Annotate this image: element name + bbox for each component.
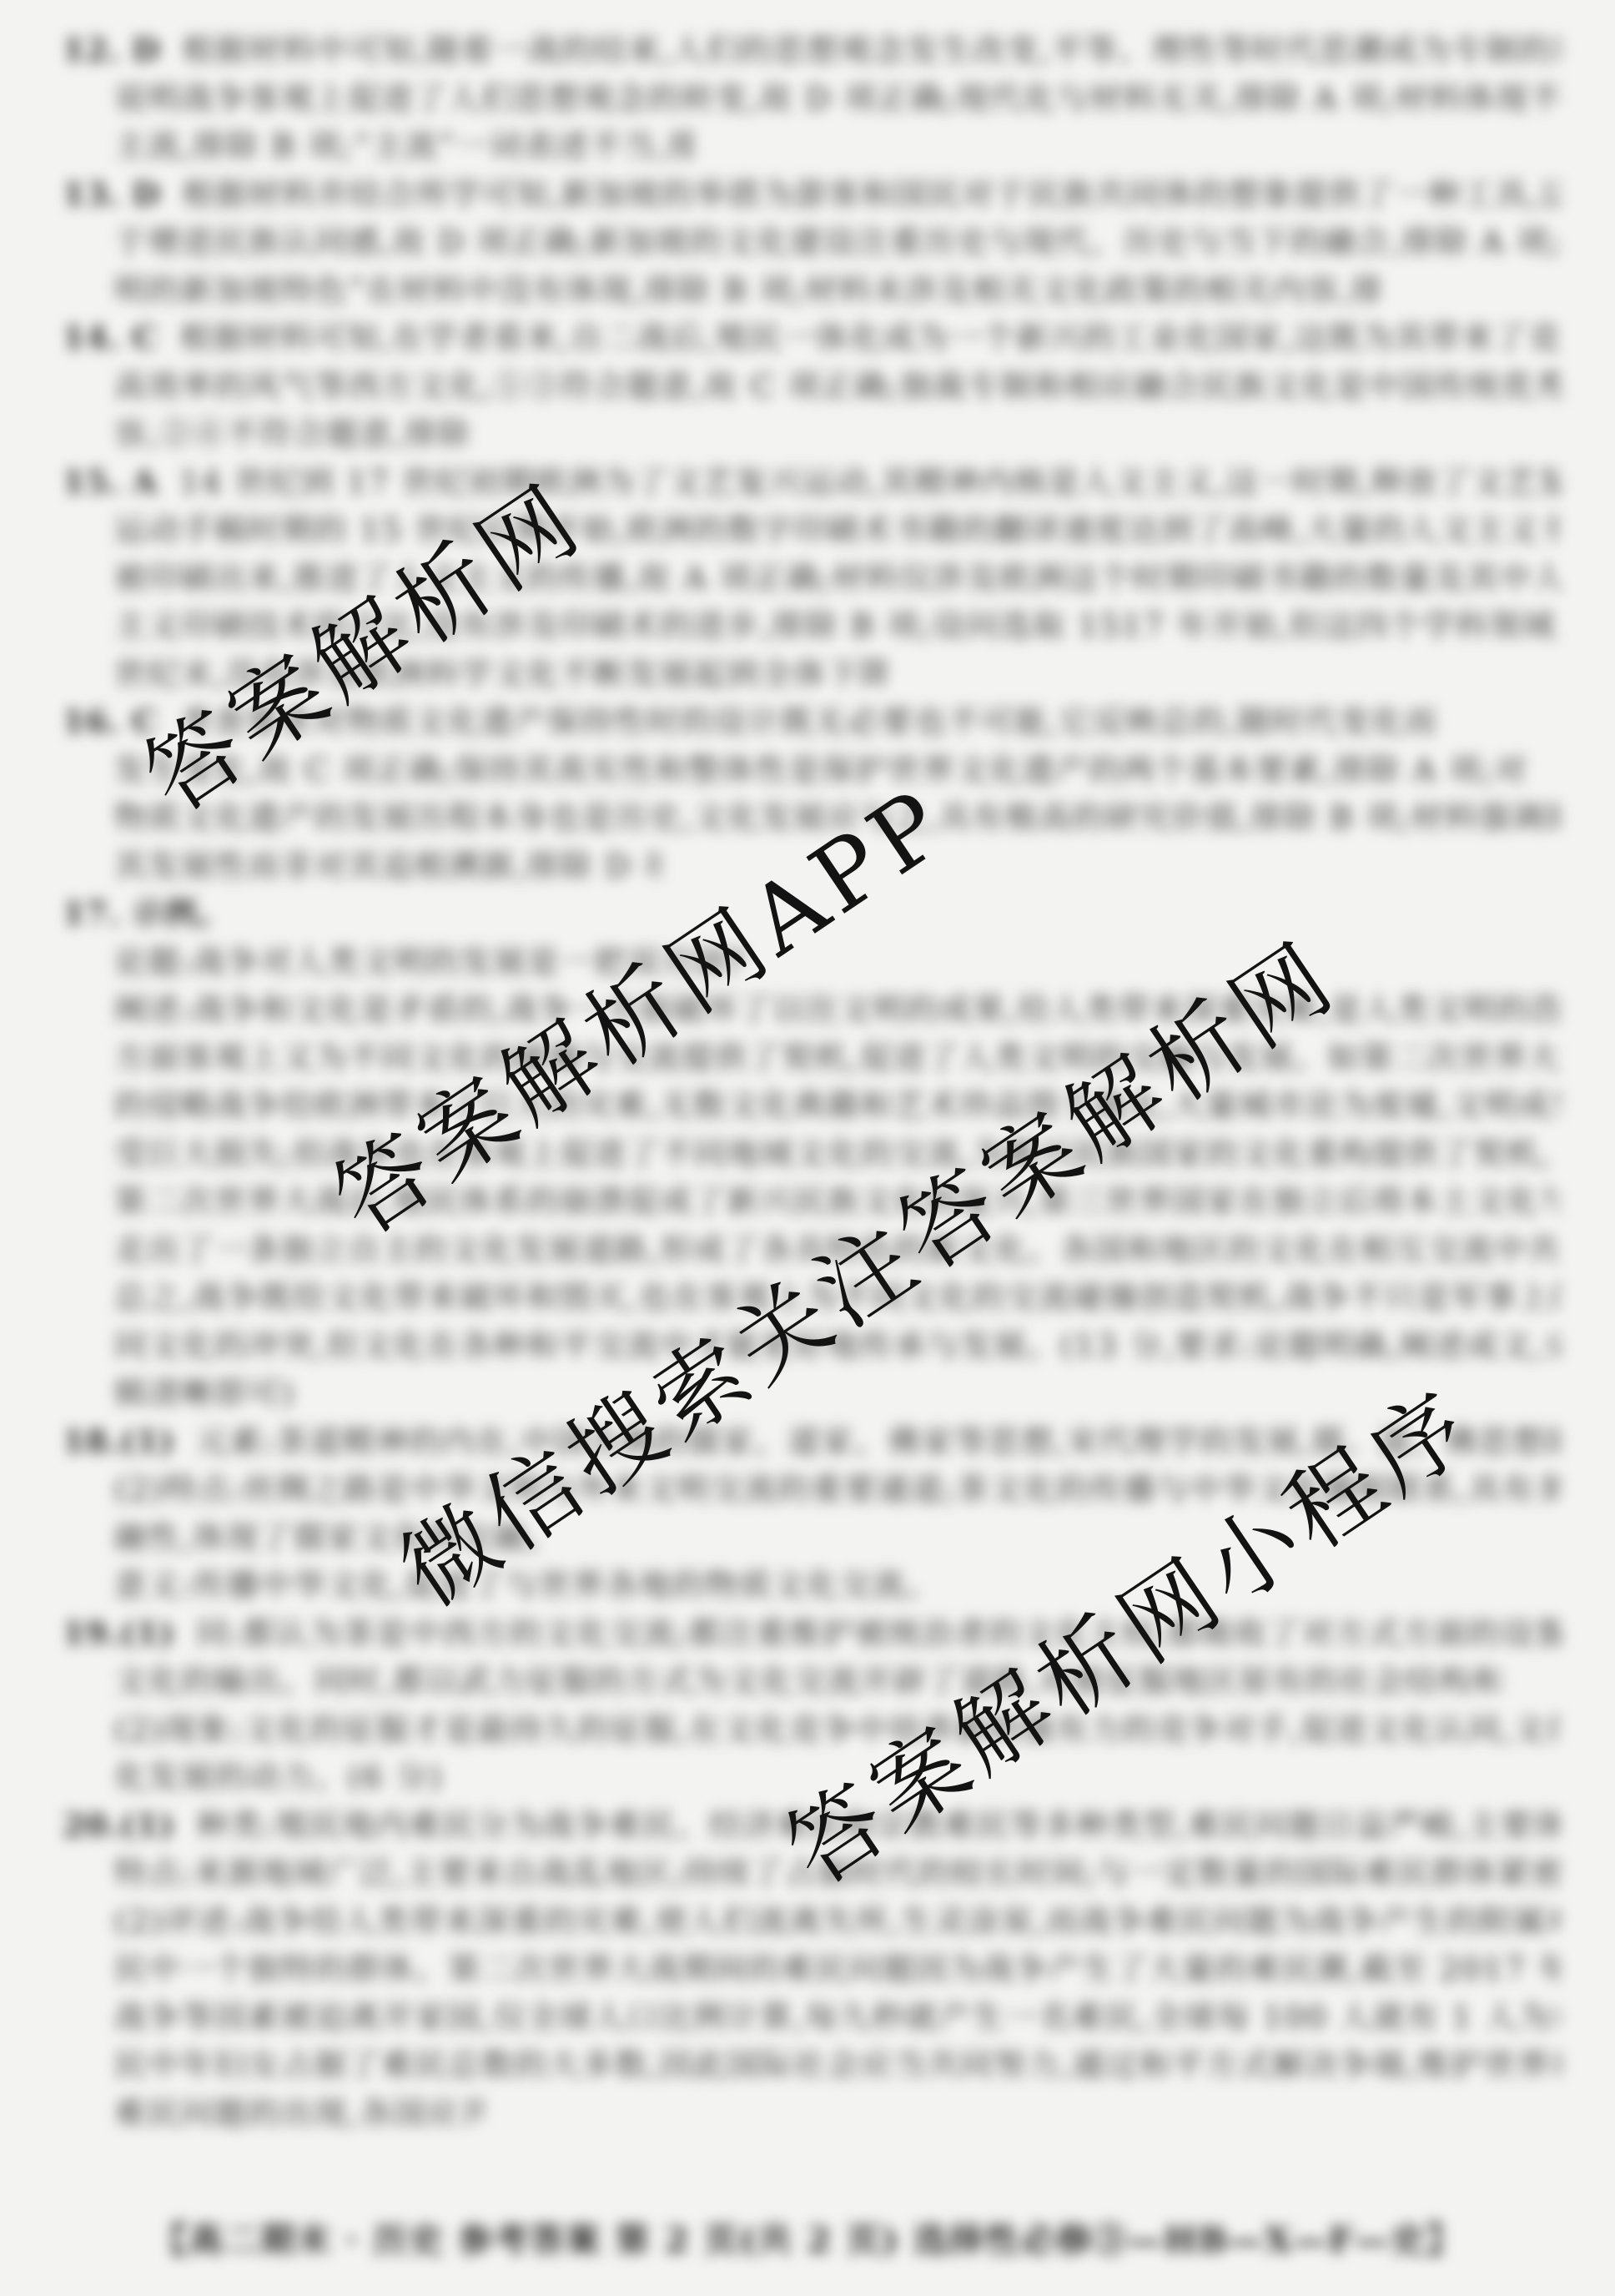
answer-item-start-line: 12. D根据材料中可知,随着一战的结束,人们的思想观念发生改变,平等、理性等时…: [63, 26, 1560, 74]
answer-line: (2)特点:丝绸之路是中华文明与外来文明交流的重要通道;茶文化的传播与中华文化圈…: [114, 1465, 1560, 1513]
answer-line: 世纪末,没有涉及欧洲科学文化不断发展起到全体下降,排除 D 项。: [114, 650, 886, 698]
answer-line: 被印刷出来,推进了人文主义的传播,故 A 项正确;材料仅涉及欧洲这个时期印刷书籍…: [114, 554, 1560, 602]
answer-line: 走出了一条独立自主的文化发展道路,形成了各具特色的新文化。各国和地区的文化在相互…: [114, 1226, 1560, 1274]
answer-item-start-line: 20.(1)种类:殖民地内难民分为战争难民、经济难民和宗教难民等多种类型,难民问…: [63, 1801, 1560, 1850]
answer-line: 物质文化遗产的发展历程本身也是历史,文化发展应与之,具有极高的研究价值,排除 B…: [114, 793, 1560, 842]
item-number: 20.(1): [63, 1806, 197, 1844]
document-text-layer: 【高二期末 · 历史 参考答案 第 2 页(共 2 页) 选择性必修③—HB—X…: [0, 0, 1615, 2296]
item-number: 18.(1): [63, 1422, 197, 1460]
answer-line: 受巨大损失;但战争也在客观上促进了不同地域文化的交流,为新兴民族国家的文化重构提…: [114, 1130, 1560, 1178]
answer-item-start-line: 15. A14 世纪到 17 世纪初期欧洲为了文艺复兴运动,其精神内核是人文主义…: [63, 458, 1560, 506]
answer-line: 其发展性而非对其追根溯源,排除 D 项。: [114, 842, 662, 890]
answer-line: 主流,排除 B 项;“主流”一词表述不当,排除 C 项。: [114, 122, 692, 170]
answer-line: 发生变化,故 C 项正确;保持其真实性和整体性是保护世界文化遗产的两个基本要素,…: [114, 746, 1560, 794]
answer-line: 辑清晰即可): [114, 1369, 377, 1417]
answer-line: 的侵略战争给欧洲带来了巨大的灾难,无数文化典籍和艺术珍品毁于战火,大量城市沦为废…: [114, 1081, 1560, 1130]
answer-line: 论题:战争对人类文明的发展是一把双刃剑?: [114, 938, 1006, 986]
answer-line: 民中年妇女占据了难民总数的大多数,因此国际社会应当共同努力,通过和平方式解决争端…: [114, 2041, 1560, 2089]
answer-line: (2)评述:战争给人类带来深重的灾难,使人们流离失所,生灵涂炭,而战争难民问题为…: [114, 1897, 1560, 1946]
answer-item-start-line: 13. D根据材料并结合所学可知,新加坡的举措为游客和国民对于民族共同体的想象提…: [63, 170, 1560, 219]
answer-line: 容,②④不符合题意,排除 ABD 项。: [114, 410, 467, 458]
answer-line: 化发展的动力。(6 分): [114, 1753, 631, 1801]
answer-line: 运动手稿时期的 15 世纪后期开始,欧洲的数字印刷术书籍的翻译速度达到了高峰,大…: [114, 506, 1560, 554]
item-number: 15. A: [63, 463, 179, 501]
answer-line: 高效率的风气等西方文化,①③符合题意,故 C 项正确;独裁专制和相应融合民族文化…: [114, 362, 1560, 410]
item-number: 19.(1): [63, 1614, 197, 1652]
answer-line: 方面客观上又为不同文化的碰撞与交流提供了契机,促进了人类文明的交融与发展。如第二…: [114, 1034, 1560, 1082]
item-number: 14. C: [63, 319, 180, 356]
answer-line: 文化的输出。同时,都以武力征服的方式为文化交流开辟了道路,对被征服地区原有的社会…: [114, 1657, 1500, 1705]
answer-item-start-line: 16. C考查要求对物质文化遗产保持性时的设计既无必要也不可能,它反映总的,随时…: [63, 697, 1560, 746]
answer-item-start-line: 19.(1)同:都认为茶是中西方的文化交流;都注重维护被统治者的文化主权;都吸收…: [63, 1609, 1560, 1658]
answer-item-start-line: 18.(1)元素:茶道精神的内在,中国古典的儒家、道家、佛家等思想,宋代理学的发…: [63, 1417, 1560, 1466]
answer-line: 融性,体现了儒家文化的交融。: [114, 1513, 586, 1562]
answer-line: 说明战争客观上促进了人们思想观念的转变,故 D 项正确;现代化与材料无关,排除 …: [114, 74, 1560, 123]
answer-item-start-line: 14. C根据材料可知,在学者看来,自二战后,殖民一体化成为一个新兴的工业化国家…: [63, 314, 1560, 362]
answer-line: 阐述:战争和文化是矛盾的,战争一方面破坏了以往文明的成果,给人类带来深重灾难,是…: [114, 985, 1560, 1034]
answer-line: 同文化的冲突,但文化在各种和平交流中才能更好地传承与发展。(13 分,要求:论题…: [114, 1322, 1560, 1370]
answer-line: 战争等因素被迫离开家园,仅全球人口比例计算,每九秒就产生一名难民,全球每 100…: [114, 1993, 1560, 2042]
answer-line: 意义:传播中华文化,促进了与世界各地的物质文化交流。: [114, 1561, 991, 1609]
item-number: 17. 示例。: [63, 894, 251, 932]
item-number: 12. D: [63, 31, 182, 68]
answer-line: 民中一个独特的群体。第二次世界大战期间的难民问题因为战争产生了大量的难民潮,截至…: [114, 1945, 1560, 1993]
item-number: 16. C: [63, 702, 180, 740]
item-number: 13. D: [63, 175, 182, 213]
answer-line: 难民问题的出现,各国应共同努力。(8 分,言之有理即可): [114, 2089, 482, 2137]
exam-answer-page: 【高二期末 · 历史 参考答案 第 2 页(共 2 页) 选择性必修③—HB—X…: [0, 0, 1615, 2296]
answer-line: 于增进民族认同感,故 D 项正确;新加坡的文化建设注重历史与现代、历史与当下的融…: [114, 218, 1560, 266]
answer-line: 总之,战争既给文化带来破坏和毁灭,也在客观上为不同文化的交流碰撞创造契机,战争不…: [114, 1273, 1560, 1322]
answer-line: 特点:来源地域广泛,主要来自战乱地区;持续了占据时代的较长时间;与一定数量的国际…: [114, 1849, 1560, 1897]
answer-item-start-line: 17. 示例。: [63, 889, 272, 938]
answer-line: 明的新加坡特色”在材料中没有体现,排除 B 项;材料未涉及相关文化政策的相关内容…: [114, 266, 1381, 315]
answer-line: 第二次世界大战后,殖民体系的崩溃促成了新兴民族文化的复兴,第三世界国家在独立后将…: [114, 1177, 1560, 1226]
page-footer: 【高二期末 · 历史 参考答案 第 2 页(共 2 页) 选择性必修③—HB—X…: [153, 2213, 1462, 2262]
answer-line: (2)现象:文化的征服才是最持久的征服,在文化竞争中培养新的强有力的竞争对手,促…: [114, 1705, 1560, 1754]
answer-line: 主义印刷技术的占比,没有涉及印刷术的进步,排除 B 项;设问选取 1517 年开…: [114, 602, 1560, 650]
